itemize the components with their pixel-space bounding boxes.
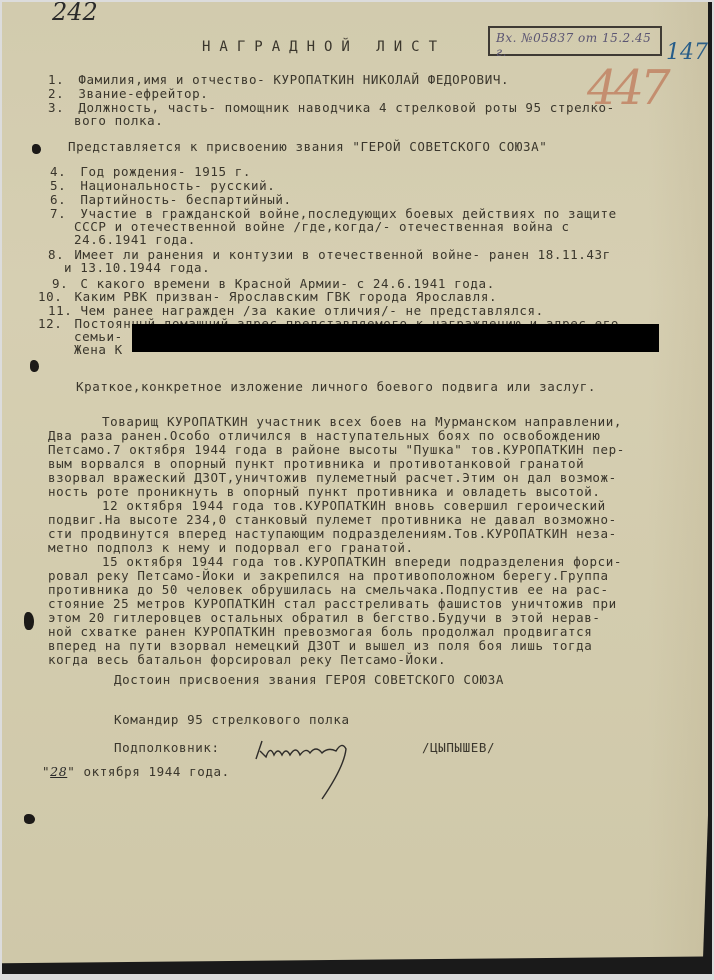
nomination-line: Представляется к присвоению звания "ГЕРО… [68, 139, 547, 154]
field-row: 1. Фамилия,имя и отчество- КУРОПАТКИН НИ… [48, 72, 509, 87]
narrative-line: Товарищ КУРОПАТКИН участник всех боев на… [102, 414, 622, 429]
punch-hole [32, 144, 41, 154]
date-text: октября 1944 года. [84, 764, 230, 779]
field-number: 3. [48, 100, 64, 115]
narrative-line: ной схватке ранен КУРОПАТКИН превозмогая… [48, 624, 592, 639]
narrative-line: метно подполз к нему и подорвал его гран… [48, 540, 414, 555]
field-text: Год рождения- 1915 г. [80, 164, 251, 179]
field-text: Фамилия,имя и отчество- КУРОПАТКИН НИКОЛ… [78, 72, 509, 87]
feat-section-heading: Краткое,конкретное изложение личного бое… [76, 379, 596, 394]
field-number: 4. [50, 164, 66, 179]
narrative-line: когда весь батальон форсировал реку Петс… [48, 652, 446, 667]
field-text: 24.6.1941 года. [74, 232, 196, 247]
field-number: 1. [48, 72, 64, 87]
narrative-line: ность роте проникнуть в опорный пункт пр… [48, 484, 601, 499]
narrative-line: стояние 25 метров КУРОПАТКИН стал расстр… [48, 596, 617, 611]
registration-stamp-text: Вх. №05837 от 15.2.45 г. [496, 31, 660, 59]
rank-label: Подполковник: [114, 740, 220, 755]
secondary-page-number: 147 [666, 40, 708, 65]
commander-title: Командир 95 стрелкового полка [114, 712, 350, 727]
field-row: 6. Партийность- беспартийный. [50, 192, 292, 207]
narrative-line: Два раза ранен.Особо отличился в наступа… [48, 428, 601, 443]
field-number: 6. [50, 192, 66, 207]
narrative-line: 12 октября 1944 года тов.КУРОПАТКИН внов… [102, 498, 606, 513]
document-title: НАГРАДНОЙ ЛИСТ [202, 39, 446, 55]
punch-hole [30, 360, 39, 372]
narrative-line: сти продвинутся вперед наступающим подра… [48, 526, 617, 541]
punch-hole [24, 814, 35, 824]
narrative-line: вым ворвался в опорный пункт противника … [48, 456, 584, 471]
registration-stamp: Вх. №05837 от 15.2.45 г. [488, 26, 662, 56]
field-number: 7. [50, 206, 66, 221]
field-text: Партийность- беспартийный. [80, 192, 291, 207]
field-text: вого полка. [74, 113, 163, 128]
field-row: 5. Национальность- русский. [50, 178, 275, 193]
date-day: 28 [50, 764, 67, 779]
field-row: 2. Звание-ефрейтор. [48, 86, 208, 101]
field-number: 10. [38, 289, 62, 304]
date-quote-open: " [42, 764, 50, 779]
narrative-line: этом 20 гитлеровцев остальных обратил в … [48, 610, 601, 625]
field-row-continuation: Жена К [74, 342, 123, 357]
archive-page-number: 242 [52, 0, 98, 26]
document-date: "28" октября 1944 года. [42, 764, 230, 779]
handwritten-signature: Цыпышев [252, 737, 372, 811]
narrative-line: 15 октября 1944 года тов.КУРОПАТКИН впер… [102, 554, 622, 569]
punch-hole [24, 612, 34, 630]
narrative-line: взорвал вражеский ДЗОТ,уничтожив пулемет… [48, 470, 617, 485]
field-row-continuation: 24.6.1941 года. [74, 232, 196, 247]
scan-frame: 242 НАГРАДНОЙ ЛИСТ Вх. №05837 от 15.2.45… [0, 0, 714, 980]
address-redaction-bar [132, 324, 659, 352]
field-number: 8. [48, 247, 64, 262]
signer-name: /ЦЫПЫШЕВ/ [422, 740, 495, 755]
field-row: 10. Каким РВК призван- Ярославским ГВК г… [38, 289, 497, 304]
field-text: Звание-ефрейтор. [78, 86, 208, 101]
date-quote-close: " [67, 764, 75, 779]
field-row-continuation: и 13.10.1944 года. [64, 260, 210, 275]
field-text: Каким РВК призван- Ярославским ГВК город… [75, 289, 498, 304]
narrative-line: вперед на пути взорвал немецкий ДЗОТ и в… [48, 638, 592, 653]
field-number: 12. [38, 316, 62, 331]
narrative-line: Петсамо.7 октября 1944 года в районе выс… [48, 442, 625, 457]
field-text: и 13.10.1944 года. [64, 260, 210, 275]
field-row: 4. Год рождения- 1915 г. [50, 164, 251, 179]
signature-scribble-icon [252, 737, 372, 807]
narrative-line: ровал реку Петсамо-Йоки и закрепился на … [48, 568, 609, 583]
narrative-line: противника до 50 человек обрушилась на с… [48, 582, 609, 597]
conclusion-line: Достоин присвоения звания ГЕРОЯ СОВЕТСКО… [114, 672, 504, 687]
field-text: Жена К [74, 342, 123, 357]
field-number: 5. [50, 178, 66, 193]
award-sheet-paper: 242 НАГРАДНОЙ ЛИСТ Вх. №05837 от 15.2.45… [2, 2, 708, 970]
narrative-line: подвиг.На высоте 234,0 станковый пулемет… [48, 512, 617, 527]
field-text: Национальность- русский. [80, 178, 275, 193]
scan-background: 242 НАГРАДНОЙ ЛИСТ Вх. №05837 от 15.2.45… [2, 2, 712, 974]
field-row-continuation: вого полка. [74, 113, 163, 128]
field-number: 2. [48, 86, 64, 101]
